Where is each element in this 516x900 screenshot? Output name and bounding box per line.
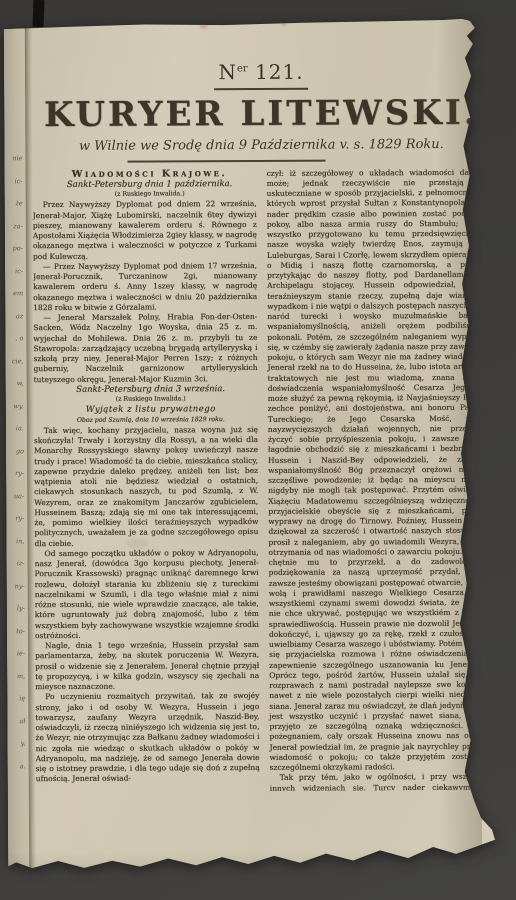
issue-prefix: N <box>218 60 237 84</box>
paragraph: Przez Naywyższy Dyplomat pod dniem 22 wr… <box>33 199 257 262</box>
paragraph: Od samego początku układów o pokoy w Adr… <box>35 548 259 641</box>
masthead-rule-top <box>214 88 308 90</box>
masthead-rule-bottom <box>127 160 325 163</box>
right-edge-shadow <box>436 17 483 879</box>
paragraph: — Jenerał Marszałek Polny, Hrabia Fon-de… <box>33 312 257 385</box>
paragraph: Po uczynieniu rozmaitych przywitań, tak … <box>35 691 259 784</box>
publication-dateline: w Wilnie we Srodę dnia 9 Października v.… <box>32 137 490 154</box>
left-column: Wiadomości Krajowe. Sankt-Petersburg dni… <box>33 168 260 791</box>
issue-superscript: er <box>237 63 248 74</box>
article-dateline: Sankt-Petersburg dnia 3 września. <box>34 384 258 395</box>
article-dateline: Sankt-Petersburg dnia 1 października. <box>33 179 257 190</box>
article-columns: Wiadomości Krajowe. Sankt-Petersburg dni… <box>33 167 494 791</box>
paragraph: Nagle, dnia 1 tego września, Hussein prz… <box>35 640 259 692</box>
issue-number: Ner 121. <box>32 59 490 85</box>
page-content: Ner 121. KURYER LITEWSKI. w Wilnie we Sr… <box>32 19 494 792</box>
issue-value: 121. <box>255 60 304 84</box>
newspaper-page: nie ic- że za- po- ic- em az , o cie, w,… <box>4 17 499 882</box>
newspaper-title: KURYER LITEWSKI. <box>32 93 490 135</box>
scanned-newspaper-view: { "scan": { "background_color": "#3b3a38… <box>0 0 516 900</box>
paragraph: Tak więc, kochany przyjacielu, nasza woy… <box>34 425 259 549</box>
newspaper-scan: nie ic- że za- po- ic- em az , o cie, w,… <box>6 18 496 880</box>
bottom-edge-shadow <box>8 849 498 882</box>
paragraph: — Przez Naywyższy Dyplomat pod dniem 17 … <box>33 261 257 313</box>
